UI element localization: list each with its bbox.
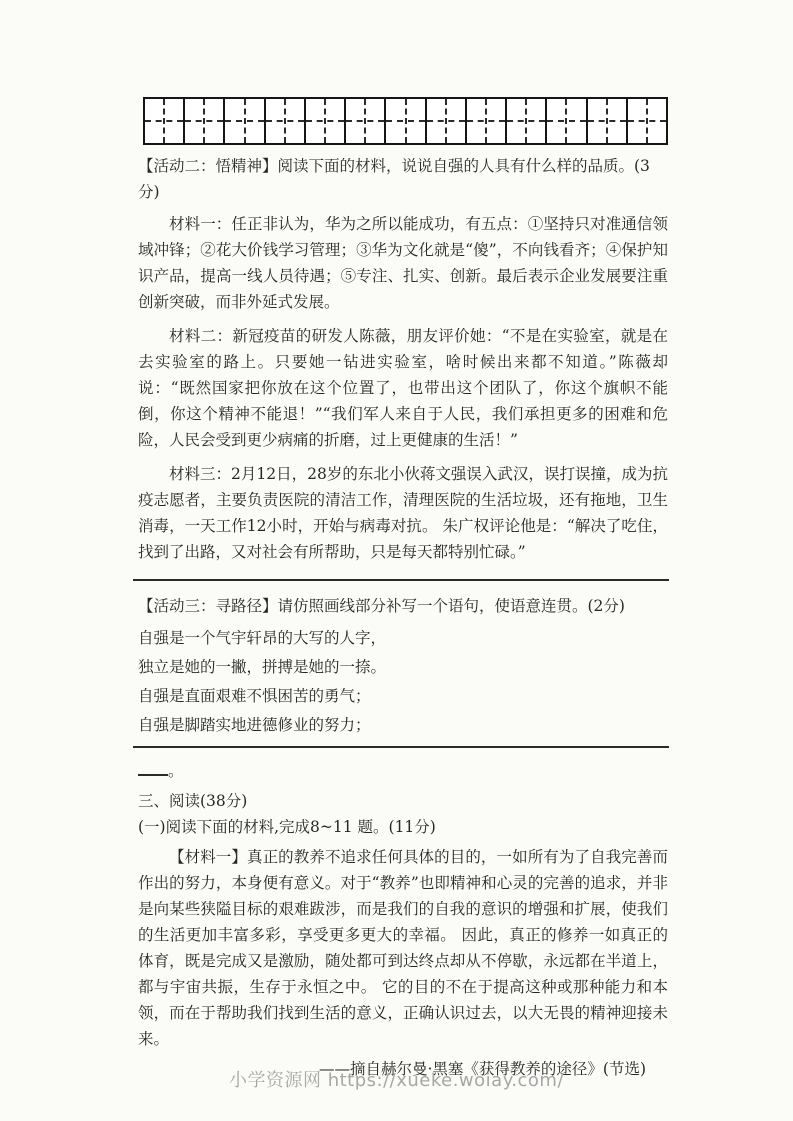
activity2-heading: 【活动二：悟精神】阅读下面的材料，说说自强的人具有什么样的品质。(3分) (138, 153, 668, 205)
writing-grid-cell (264, 99, 304, 143)
writing-grid-cell (384, 99, 424, 143)
section-divider (133, 746, 669, 748)
section-divider (133, 579, 669, 581)
writing-grid-cell (626, 99, 666, 143)
writing-grid-cell (183, 99, 223, 143)
activity2-material-3: 材料三：2月12日，28岁的东北小伙蒋文强误入武汉，误打误撞，成为抗疫志愿者，主… (138, 461, 668, 565)
writing-grid-cell (425, 99, 465, 143)
writing-grid-cell (465, 99, 505, 143)
reading-section-heading: 三、阅读(38分) (138, 788, 668, 814)
writing-grid-cell (505, 99, 545, 143)
reading-material1-passage: 【材料一】真正的教养不追求任何具体的目的，一如所有为了自我完善而作出的努力，本身… (138, 844, 668, 1052)
answer-blank-underline (138, 759, 168, 776)
answer-blank-suffix: 。 (168, 762, 184, 780)
activity3-line-1: 自强是一个气宇轩昂的大写的人字， (138, 625, 668, 651)
answer-blank-line: 。 (138, 758, 668, 784)
answer-writing-grid (143, 97, 668, 145)
writing-grid-cell (223, 99, 263, 143)
activity3-line-2: 独立是她的一撇，拼搏是她的一捺。 (138, 654, 668, 680)
activity3-heading: 【活动三：寻路径】请仿照画线部分补写一个语句，使语意连贯。(2分) (138, 593, 668, 619)
exam-page: 【活动二：悟精神】阅读下面的材料，说说自强的人具有什么样的品质。(3分) 材料一… (138, 97, 668, 1082)
activity3-line-3: 自强是直面艰难不惧困苦的勇气； (138, 683, 668, 709)
activity3-line-4: 自强是脚踏实地进德修业的努力； (138, 712, 668, 738)
writing-grid-cell (145, 99, 183, 143)
writing-grid-cell (304, 99, 344, 143)
activity2-material-2: 材料二：新冠疫苗的研发人陈薇，朋友评价她：“不是在实验室，就是在去实验室的路上。… (138, 323, 668, 453)
writing-grid-cell (586, 99, 626, 143)
activity2-material-1: 材料一：任正非认为，华为之所以能成功，有五点：①坚持只对准通信领域冲锋；②花大价… (138, 211, 668, 315)
reading-subsection-heading: (一)阅读下面的材料,完成8~11 题。(11分) (138, 814, 668, 840)
site-watermark: 小学资源网 https://xueke.woiay.com/ (0, 1066, 793, 1092)
writing-grid-cell (545, 99, 585, 143)
writing-grid-cell (344, 99, 384, 143)
